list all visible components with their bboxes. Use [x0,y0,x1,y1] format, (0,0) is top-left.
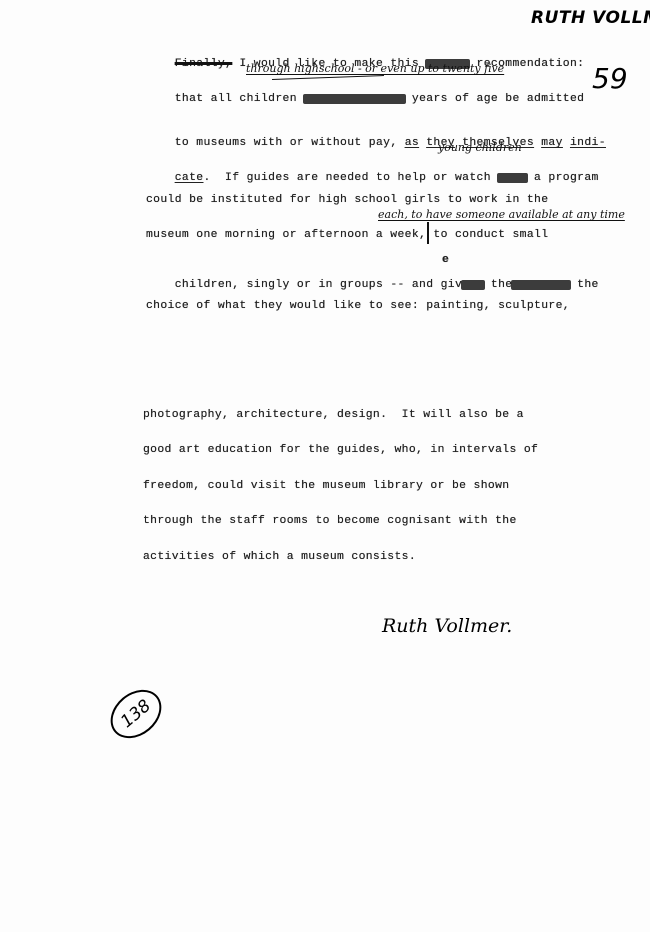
signature: Ruth Vollmer. [382,615,512,637]
handwritten-insertion: each, to have someone available at any t… [378,209,625,221]
handwritten-insertion: through highschool - or even up to twent… [246,63,504,75]
struck-letters: ing [462,278,484,292]
struck-word: Finally, [175,58,232,70]
text-line-9: photography, architecture, design. It wi… [143,408,524,422]
page-number: 59 [592,62,628,95]
document-page: RUTH VOLLMER 59 Finally, I would like to… [0,0,650,932]
struck-words: under eighteen [304,92,405,106]
text-line-5: could be instituted for high school girl… [146,193,548,207]
struck-word: them [498,171,527,185]
text-line-2: that all children under eighteen years o… [146,78,584,120]
text-line-13: activities of which a museum consists. [143,550,416,564]
folio-number-circle: 138 [101,680,171,748]
struck-word: children [512,278,569,292]
folio-number: 138 [117,696,155,732]
text-line-6: museum one morning or afternoon a week, … [146,228,548,242]
text-line-11: freedom, could visit the museum library … [143,479,509,493]
text-line-12: through the staff rooms to become cognis… [143,514,517,528]
author-stamp: RUTH VOLLMER [531,8,650,28]
text-line-8: choice of what they would like to see: p… [146,299,570,313]
handwritten-insertion: young children [438,142,522,154]
text-line-10: good art education for the guides, who, … [143,443,538,457]
